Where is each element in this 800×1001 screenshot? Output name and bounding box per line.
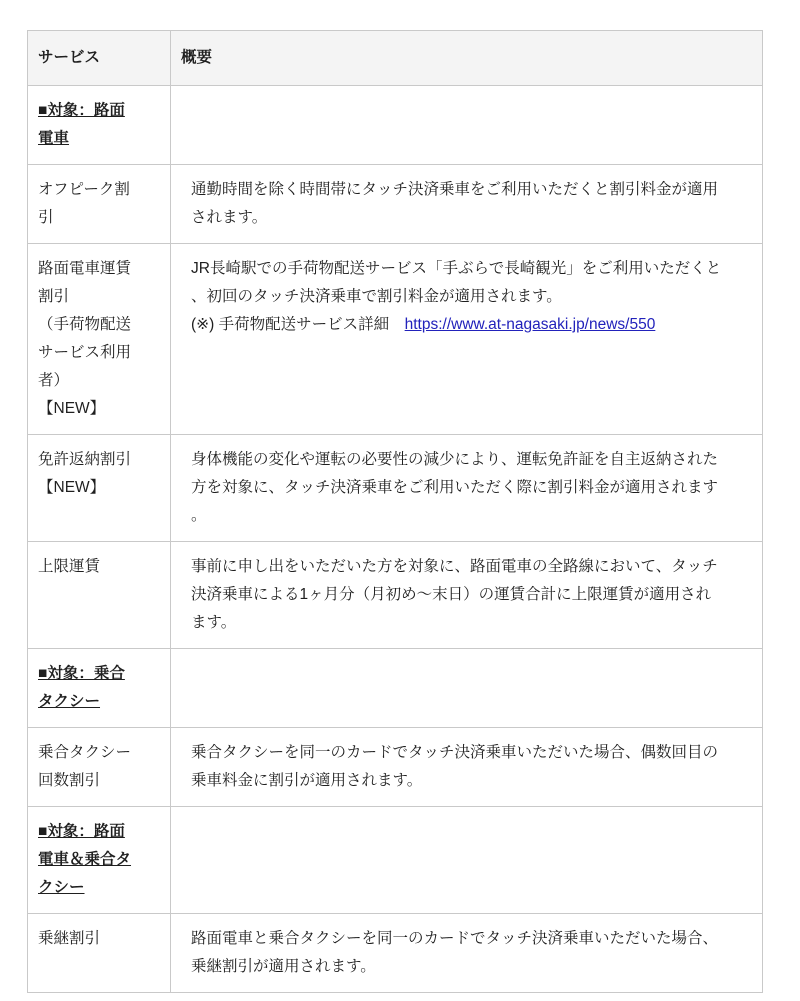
baggage-service-link[interactable]: https://www.at-nagasaki.jp/news/550 (405, 316, 656, 333)
service-cell: ■対象：路面 電車＆乗合タ クシー (28, 807, 171, 914)
table-row-license-return: 免許返納割引 【NEW】 身体機能の変化や運転の必要性の減少により、運転免許証を… (28, 435, 763, 542)
overview-cell: 身体機能の変化や運転の必要性の減少により、運転免許証を自主返納された 方を対象に… (171, 435, 763, 542)
service-cell: ■対象：乗合 タクシー (28, 649, 171, 728)
table-row-offpeak: オフピーク割 引 通勤時間を除く時間帯にタッチ決済乗車をご利用いただくと割引料金… (28, 165, 763, 244)
overview-cell: 事前に申し出をいただいた方を対象に、路面電車の全路線において、タッチ 決済乗車に… (171, 542, 763, 649)
service-cell: ■対象：路面 電車 (28, 86, 171, 165)
overview-cell (171, 807, 763, 914)
header-row: サービス 概要 (28, 31, 763, 86)
table-row-tram-fare-discount: 路面電車運賃 割引 （手荷物配送 サービス利用 者） 【NEW】 JR長崎駅での… (28, 244, 763, 435)
table-row-section-tram-and-taxi: ■対象：路面 電車＆乗合タ クシー (28, 807, 763, 914)
page: サービス 概要 ■対象：路面 電車 オフピーク割 引 通勤時間を除く時間帯にタッ… (0, 0, 800, 1001)
service-cell: オフピーク割 引 (28, 165, 171, 244)
table-row-fare-cap: 上限運賃 事前に申し出をいただいた方を対象に、路面電車の全路線において、タッチ … (28, 542, 763, 649)
service-cell: 乗継割引 (28, 914, 171, 993)
overview-cell (171, 86, 763, 165)
service-cell: 乗合タクシー 回数割引 (28, 728, 171, 807)
service-cell: 路面電車運賃 割引 （手荷物配送 サービス利用 者） 【NEW】 (28, 244, 171, 435)
overview-cell: 乗合タクシーを同一のカードでタッチ決済乗車いただいた場合、偶数回目の 乗車料金に… (171, 728, 763, 807)
service-cell: 上限運賃 (28, 542, 171, 649)
overview-cell: 路面電車と乗合タクシーを同一のカードでタッチ決済乗車いただいた場合、 乗継割引が… (171, 914, 763, 993)
service-cell: 免許返納割引 【NEW】 (28, 435, 171, 542)
services-table: サービス 概要 ■対象：路面 電車 オフピーク割 引 通勤時間を除く時間帯にタッ… (27, 30, 763, 993)
overview-cell: 通勤時間を除く時間帯にタッチ決済乗車をご利用いただくと割引料金が適用 されます。 (171, 165, 763, 244)
table-row-section-tram: ■対象：路面 電車 (28, 86, 763, 165)
table-row-taxi-frequency-discount: 乗合タクシー 回数割引 乗合タクシーを同一のカードでタッチ決済乗車いただいた場合… (28, 728, 763, 807)
overview-cell (171, 649, 763, 728)
overview-cell: JR長崎駅での手荷物配送サービス「手ぶらで長崎観光」をご利用いただくと 、初回の… (171, 244, 763, 435)
table-row-section-shared-taxi: ■対象：乗合 タクシー (28, 649, 763, 728)
table-row-transfer-discount: 乗継割引 路面電車と乗合タクシーを同一のカードでタッチ決済乗車いただいた場合、 … (28, 914, 763, 993)
col-header-service: サービス (28, 31, 171, 86)
col-header-overview: 概要 (171, 31, 763, 86)
